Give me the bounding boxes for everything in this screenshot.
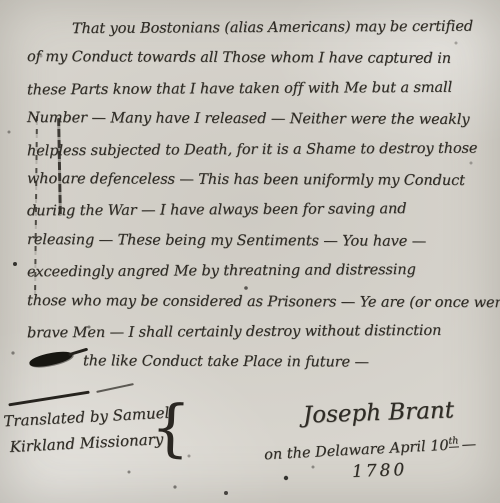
body-line-with-blot: the like Conduct take Place in future — — [0, 346, 500, 379]
manuscript-page: That you Bostonians (alias Americans) ma… — [0, 0, 500, 503]
paper-specks — [0, 0, 2, 2]
body-line: helpless subjected to Death, for it is a… — [0, 133, 500, 166]
signature-name: Joseph Brant — [303, 397, 455, 428]
date-superscript: th — [448, 435, 459, 448]
signature-year: 1780 — [352, 460, 408, 482]
translator-note: Translated by Samuel Kirkland Missionary — [3, 400, 172, 461]
body-line: who are defenceless — This has been unif… — [0, 164, 500, 197]
date-dash: — — [461, 436, 476, 453]
place-date-text: on the Delaware April 10 — [264, 438, 449, 464]
body-line: those who may be considered as Prisoners… — [0, 285, 500, 318]
body-line: Number — Many have I released — Neither … — [0, 103, 500, 136]
body-line: of my Conduct towards all Those whom I h… — [0, 42, 500, 75]
body-line: releasing — These being my Sentiments — … — [0, 225, 500, 258]
pen-stroke-small — [96, 383, 133, 392]
body-line: during the War — I have always been for … — [0, 194, 500, 227]
brace-flourish: { — [150, 395, 192, 460]
letter-body: That you Bostonians (alias Americans) ma… — [0, 13, 500, 378]
ink-blot — [28, 350, 73, 369]
body-line: these Parts know that I have taken off w… — [0, 72, 500, 105]
body-line: brave Men — I shall certainly destroy wi… — [0, 315, 500, 348]
body-line: exceedingly angred Me by threatning and … — [0, 255, 500, 288]
signature-place-date: on the Delaware April 10th— — [264, 434, 477, 463]
body-line: That you Bostonians (alias Americans) ma… — [0, 11, 500, 44]
body-line-text: the like Conduct take Place in future — — [83, 354, 369, 371]
